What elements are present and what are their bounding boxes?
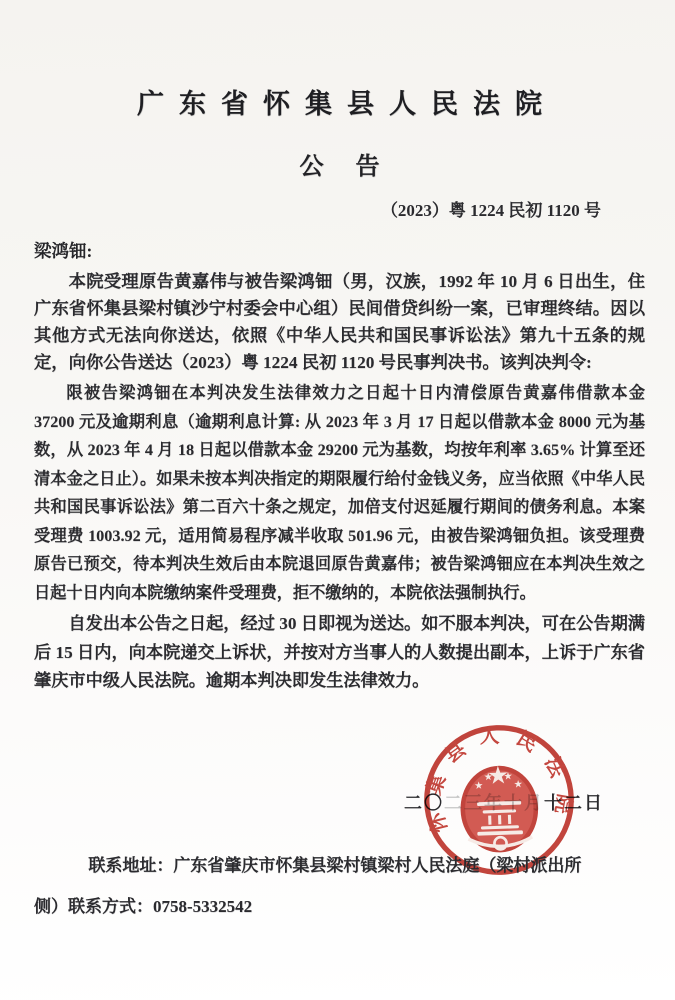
announcement-title: 公 告 <box>34 146 645 181</box>
body-paragraph-1: 本院受理原告黄嘉伟与被告梁鸿钿（男，汉族，1992 年 10 月 6 日出生，住… <box>34 268 645 376</box>
contact-address: 联系地址：广东省肇庆市怀集县梁村镇梁村人民法庭（梁村派出所 <box>34 845 641 886</box>
case-number: （2023）粤 1224 民初 1120 号 <box>34 196 645 221</box>
contact-info: 联系地址：广东省肇庆市怀集县梁村镇梁村人民法庭（梁村派出所 侧）联系方式：075… <box>34 845 641 927</box>
national-emblem-icon <box>461 765 537 852</box>
body-paragraph-3: 自发出本公告之日起，经过 30 日即视为送达。如不服本判决，可在公告期满后 15… <box>34 610 645 696</box>
court-announcement-page: 广东省怀集县人民法院 公 告 （2023）粤 1224 民初 1120 号 梁鸿… <box>0 0 675 1000</box>
document-body: 广东省怀集县人民法院 公 告 （2023）粤 1224 民初 1120 号 梁鸿… <box>0 0 675 762</box>
court-name: 广东省怀集县人民法院 <box>34 0 645 121</box>
body-paragraph-2: 限被告梁鸿钿在本判决发生法律效力之日起十日内清偿原告黄嘉伟借款本金 37200 … <box>34 379 645 607</box>
contact-phone: 侧）联系方式：0758-5332542 <box>34 886 641 927</box>
recipient-name: 梁鸿钿: <box>34 238 645 263</box>
